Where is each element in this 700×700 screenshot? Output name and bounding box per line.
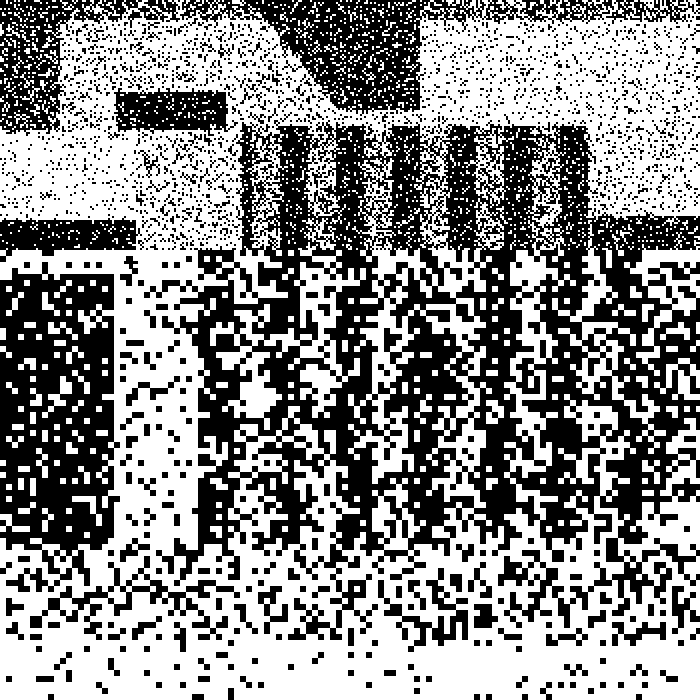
dithered-photo: Dithered black-and-white photograph of a… — [0, 0, 700, 700]
photo-canvas — [0, 0, 700, 700]
